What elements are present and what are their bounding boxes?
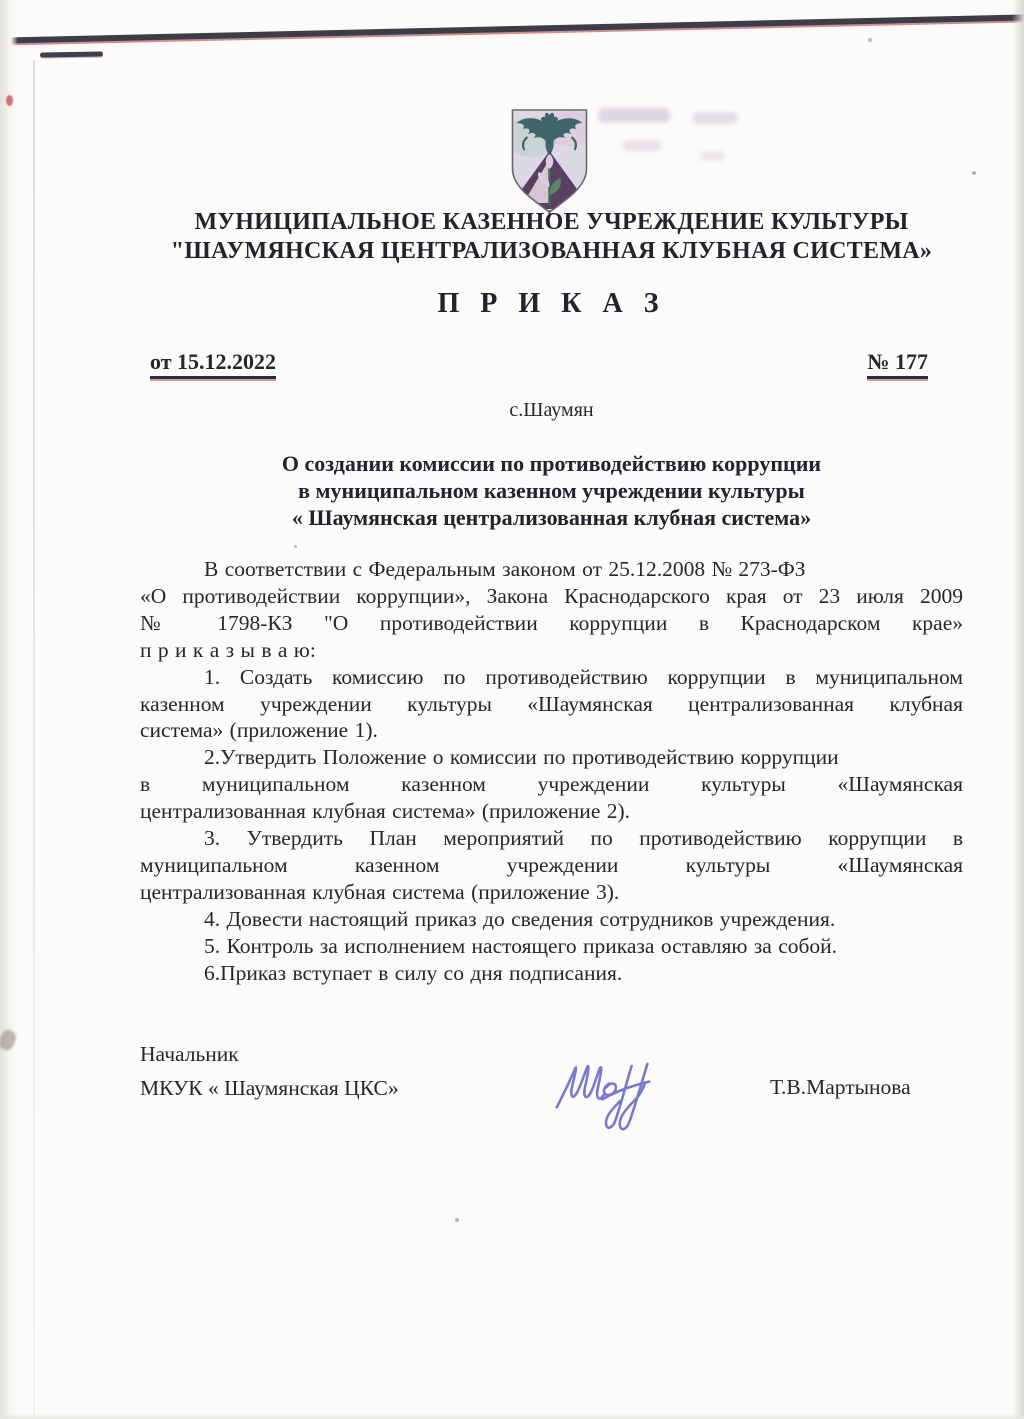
scan-speck	[455, 1218, 459, 1222]
body-line: 3. Утвердить План мероприятий по противо…	[140, 825, 963, 852]
signer-position-line: МКУК « Шаумянская ЦКС»	[140, 1071, 399, 1105]
org-name-line2: "ШАУМЯНСКАЯ ЦЕНТРАЛИЗОВАННАЯ КЛУБНАЯ СИС…	[60, 237, 1024, 266]
handwritten-signature	[545, 1038, 673, 1146]
body-line: п р и к а з ы в а ю:	[140, 637, 963, 664]
ink-bleed-through	[622, 140, 662, 151]
body-line: муниципальном казенном учреждении культу…	[140, 852, 963, 879]
signature-stroke	[606, 1066, 632, 1128]
scan-speck	[294, 545, 297, 548]
body-line: «О противодействии коррупции», Закона Кр…	[140, 583, 963, 610]
document-body: В соответствии с Федеральным законом от …	[140, 556, 963, 987]
scan-paper-edge-line	[33, 60, 35, 1419]
scanned-document-page: МУНИЦИПАЛЬНОЕ КАЗЕННОЕ УЧРЕЖДЕНИЕ КУЛЬТУ…	[0, 0, 1024, 1419]
date-number-row: от 15.12.2022 № 177	[150, 349, 928, 379]
scan-speck	[868, 38, 872, 42]
scan-speck	[972, 171, 976, 175]
ink-bleed-through	[692, 112, 738, 124]
body-line: в муниципальном казенном учреждении куль…	[140, 771, 963, 798]
scan-left-edge	[0, 0, 18, 1419]
document-number: № 177	[867, 349, 928, 379]
body-line: № 1798-КЗ "О противодействии коррупции в…	[140, 610, 963, 637]
body-line: 1. Создать комиссию по противодействию к…	[140, 664, 963, 691]
title-line: « Шаумянская централизованная клубная си…	[140, 504, 963, 531]
document-type-heading: П Р И К А З	[60, 288, 1024, 320]
body-line: система» (приложение 1).	[140, 717, 963, 744]
document-date: от 15.12.2022	[150, 349, 276, 379]
org-name-line1: МУНИЦИПАЛЬНОЕ КАЗЕННОЕ УЧРЕЖДЕНИЕ КУЛЬТУ…	[60, 208, 1024, 237]
signer-name: Т.В.Мартынова	[770, 1075, 911, 1100]
body-line: В соответствии с Федеральным законом от …	[140, 556, 963, 583]
title-line: в муниципальном казенном учреждении куль…	[140, 477, 963, 504]
document-title: О создании комиссии по противодействию к…	[140, 450, 963, 531]
title-line: О создании комиссии по противодействию к…	[140, 450, 963, 477]
signer-position-line: Начальник	[140, 1037, 399, 1071]
place-line: с.Шаумян	[60, 399, 1024, 422]
pen-dash-mark	[40, 51, 103, 57]
scan-bottom-edge	[0, 1413, 1024, 1419]
signer-position: Начальник МКУК « Шаумянская ЦКС»	[140, 1037, 399, 1105]
ink-bleed-through	[598, 108, 670, 123]
coat-of-arms-icon	[507, 107, 592, 219]
signature-stroke	[557, 1066, 604, 1107]
red-ink-dot	[6, 95, 13, 106]
body-line: 2.Утвердить Положение о комиссии по прот…	[140, 744, 963, 771]
ink-bleed-through	[700, 151, 726, 161]
body-line: централизованная клубная система (прилож…	[140, 879, 963, 906]
body-line: централизованная клубная система» (прило…	[140, 798, 963, 825]
body-line: 4. Довести настоящий приказ до сведения …	[140, 906, 963, 933]
body-line: 6.Приказ вступает в силу со дня подписан…	[140, 960, 963, 987]
body-line: казенном учреждении культуры «Шаумянская…	[140, 691, 963, 718]
body-line: 5. Контроль за исполнением настоящего пр…	[140, 933, 963, 960]
